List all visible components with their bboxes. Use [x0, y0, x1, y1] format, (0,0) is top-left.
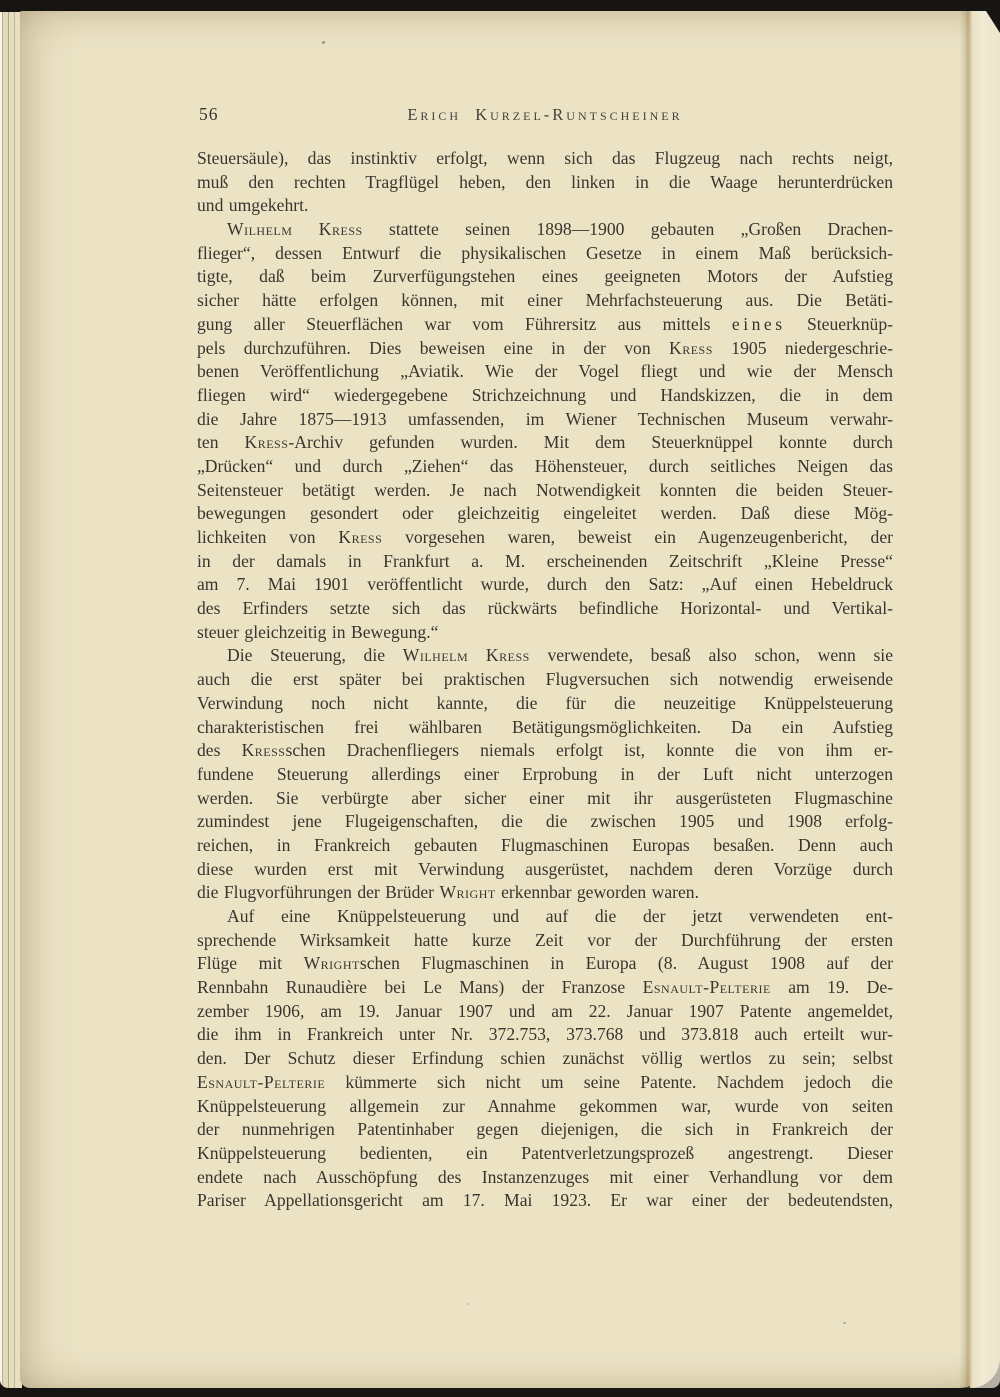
text-line: in der damals in Frankfurt a. M. erschei…	[197, 550, 893, 574]
text-line: charakteristischen frei wählbaren Betäti…	[197, 716, 893, 740]
text-line: die ihm in Frankreich unter Nr. 372.753,…	[197, 1023, 893, 1047]
text-line: sprechende Wirksamkeit hatte kurze Zeit …	[197, 929, 893, 953]
book-page: 56 Erich Kurzel-Runtscheiner Steuersäule…	[20, 11, 1000, 1388]
scan-speck	[843, 1322, 846, 1324]
scan-speck	[322, 41, 325, 44]
text-line: der nunmehrigen Patentinhaber gegen diej…	[197, 1118, 893, 1142]
text-block: Steuersäule), das instinktiv erfolgt, we…	[197, 147, 893, 1213]
text-line: steuer gleichzeitig in Bewegung.“	[197, 621, 893, 645]
text-line: fliegen wird“ wiedergegebene Strichzeich…	[197, 384, 893, 408]
text-line: Esnault-Pelterie kümmerte sich nicht um …	[197, 1071, 893, 1095]
text-line: den. Der Schutz dieser Erfindung schien …	[197, 1047, 893, 1071]
running-head: Erich Kurzel-Runtscheiner	[197, 105, 893, 125]
text-line: ten Kress-Archiv gefunden wurden. Mit de…	[197, 431, 893, 455]
text-line: reichen, in Frankreich gebauten Flugmasc…	[197, 834, 893, 858]
text-line: die Flugvorführungen der Brüder Wright e…	[197, 881, 893, 905]
page-header: 56 Erich Kurzel-Runtscheiner	[197, 104, 893, 128]
text-line: Pariser Appellationsgericht am 17. Mai 1…	[197, 1189, 893, 1213]
text-line: am 7. Mai 1901 veröffentlicht wurde, dur…	[197, 573, 893, 597]
text-line: zumindest jene Flugeigenschaften, die di…	[197, 810, 893, 834]
text-line: Seitensteuer betätigt werden. Je nach No…	[197, 479, 893, 503]
text-line: Die Steuerung, die Wilhelm Kress verwend…	[197, 644, 893, 668]
page-edges-left	[0, 12, 22, 1388]
text-line: lichkeiten von Kress vorgesehen waren, b…	[197, 526, 893, 550]
text-line: gung aller Steuerflächen war vom Führers…	[197, 313, 893, 337]
text-line: auch die erst später bei praktischen Flu…	[197, 668, 893, 692]
book-scan: 56 Erich Kurzel-Runtscheiner Steuersäule…	[0, 0, 1000, 1397]
text-line: bewegungen gesondert oder gleichzeitig e…	[197, 502, 893, 526]
text-line: flieger“, dessen Entwurf die physikalisc…	[197, 242, 893, 266]
text-line: Auf eine Knüppelsteuerung und auf die de…	[197, 905, 893, 929]
text-line: des Kressschen Drachenfliegers niemals e…	[197, 739, 893, 763]
text-line: pels durchzuführen. Dies beweisen eine i…	[197, 337, 893, 361]
text-line: Flüge mit Wrightschen Flugmaschinen in E…	[197, 952, 893, 976]
scan-speck	[467, 1303, 469, 1305]
text-line: Steuersäule), das instinktiv erfolgt, we…	[197, 147, 893, 171]
text-line: Knüppelsteuerung bedienten, ein Patentve…	[197, 1142, 893, 1166]
text-line: und umgekehrt.	[197, 194, 893, 218]
text-line: sicher hätte erfolgen können, mit einer …	[197, 289, 893, 313]
text-line: zember 1906, am 19. Januar 1907 und am 2…	[197, 1000, 893, 1024]
text-line: Verwindung noch nicht kannte, die für di…	[197, 692, 893, 716]
text-line: Rennbahn Runaudière bei Le Mans) der Fra…	[197, 976, 893, 1000]
text-line: tigte, daß beim Zurverfügungstehen eines…	[197, 265, 893, 289]
text-line: Wilhelm Kress stattete seinen 1898—1900 …	[197, 218, 893, 242]
text-line: fundene Steuerung allerdings einer Erpro…	[197, 763, 893, 787]
text-line: endete nach Ausschöpfung des Instanzenzu…	[197, 1166, 893, 1190]
text-line: des Erfinders setzte sich das rückwärts …	[197, 597, 893, 621]
page-curve-highlight	[970, 11, 1000, 1388]
text-line: „Drücken“ und durch „Ziehen“ das Höhenst…	[197, 455, 893, 479]
gutter-crease	[959, 11, 972, 1388]
text-line: benen Veröffentlichung „Aviatik. Wie der…	[197, 360, 893, 384]
text-line: werden. Sie verbürgte aber sicher einer …	[197, 787, 893, 811]
text-line: muß den rechten Tragflügel heben, den li…	[197, 171, 893, 195]
text-line: Knüppelsteuerung allgemein zur Annahme g…	[197, 1095, 893, 1119]
text-line: die Jahre 1875—1913 umfassenden, im Wien…	[197, 408, 893, 432]
text-line: diese wurden erst mit Verwindung ausgerü…	[197, 858, 893, 882]
